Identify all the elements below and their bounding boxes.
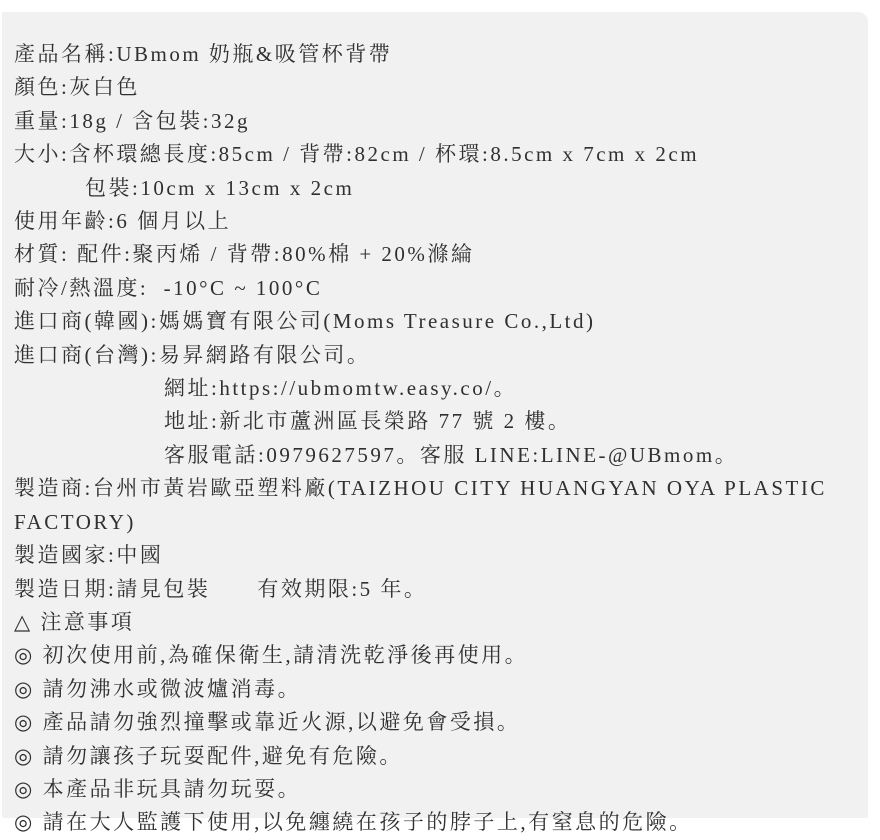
line-website: 網址:https://ubmomtw.easy.co/。 <box>14 372 860 405</box>
line-age: 使用年齡:6 個月以上 <box>14 205 860 238</box>
line-size-package: 包裝:10cm x 13cm x 2cm <box>14 172 860 205</box>
line-product-name: 產品名稱:UBmom 奶瓶&吸管杯背帶 <box>14 38 860 71</box>
line-notice-6: ◎ 請在大人監護下使用,以免纏繞在孩子的脖子上,有窒息的危險。 <box>14 806 860 830</box>
line-manufacturer: 製造商:台州市黃岩歐亞塑料廠(TAIZHOU CITY HUANGYAN OYA… <box>14 472 860 539</box>
line-notice-3: ◎ 產品請勿強烈撞擊或靠近火源,以避免會受損。 <box>14 706 860 739</box>
line-temperature: 耐冷/熱溫度: -10°C ~ 100°C <box>14 272 860 305</box>
line-notice-5: ◎ 本產品非玩具請勿玩耍。 <box>14 773 860 806</box>
line-customer-service: 客服電話:0979627597。客服 LINE:LINE-@UBmom。 <box>14 439 860 472</box>
line-address: 地址:新北市蘆洲區長榮路 77 號 2 樓。 <box>14 405 860 438</box>
line-notice-1: ◎ 初次使用前,為確保衛生,請清洗乾淨後再使用。 <box>14 639 860 672</box>
line-size: 大小:含杯環總長度:85cm / 背帶:82cm / 杯環:8.5cm x 7c… <box>14 138 860 171</box>
line-notice-4: ◎ 請勿讓孩子玩耍配件,避免有危險。 <box>14 740 860 773</box>
line-material: 材質: 配件:聚丙烯 / 背帶:80%棉 + 20%滌綸 <box>14 238 860 271</box>
line-country-of-origin: 製造國家:中國 <box>14 539 860 572</box>
line-weight: 重量:18g / 含包裝:32g <box>14 105 860 138</box>
line-importer-korea: 進口商(韓國):媽媽寶有限公司(Moms Treasure Co.,Ltd) <box>14 305 860 338</box>
line-notice-title: △ 注意事項 <box>14 606 860 639</box>
line-notice-2: ◎ 請勿沸水或微波爐消毒。 <box>14 673 860 706</box>
line-importer-taiwan: 進口商(台灣):易昇網路有限公司。 <box>14 339 860 372</box>
product-spec-panel: 產品名稱:UBmom 奶瓶&吸管杯背帶 顏色:灰白色 重量:18g / 含包裝:… <box>2 12 868 818</box>
line-color: 顏色:灰白色 <box>14 71 860 104</box>
line-manufacture-date: 製造日期:請見包裝 有效期限:5 年。 <box>14 573 860 606</box>
